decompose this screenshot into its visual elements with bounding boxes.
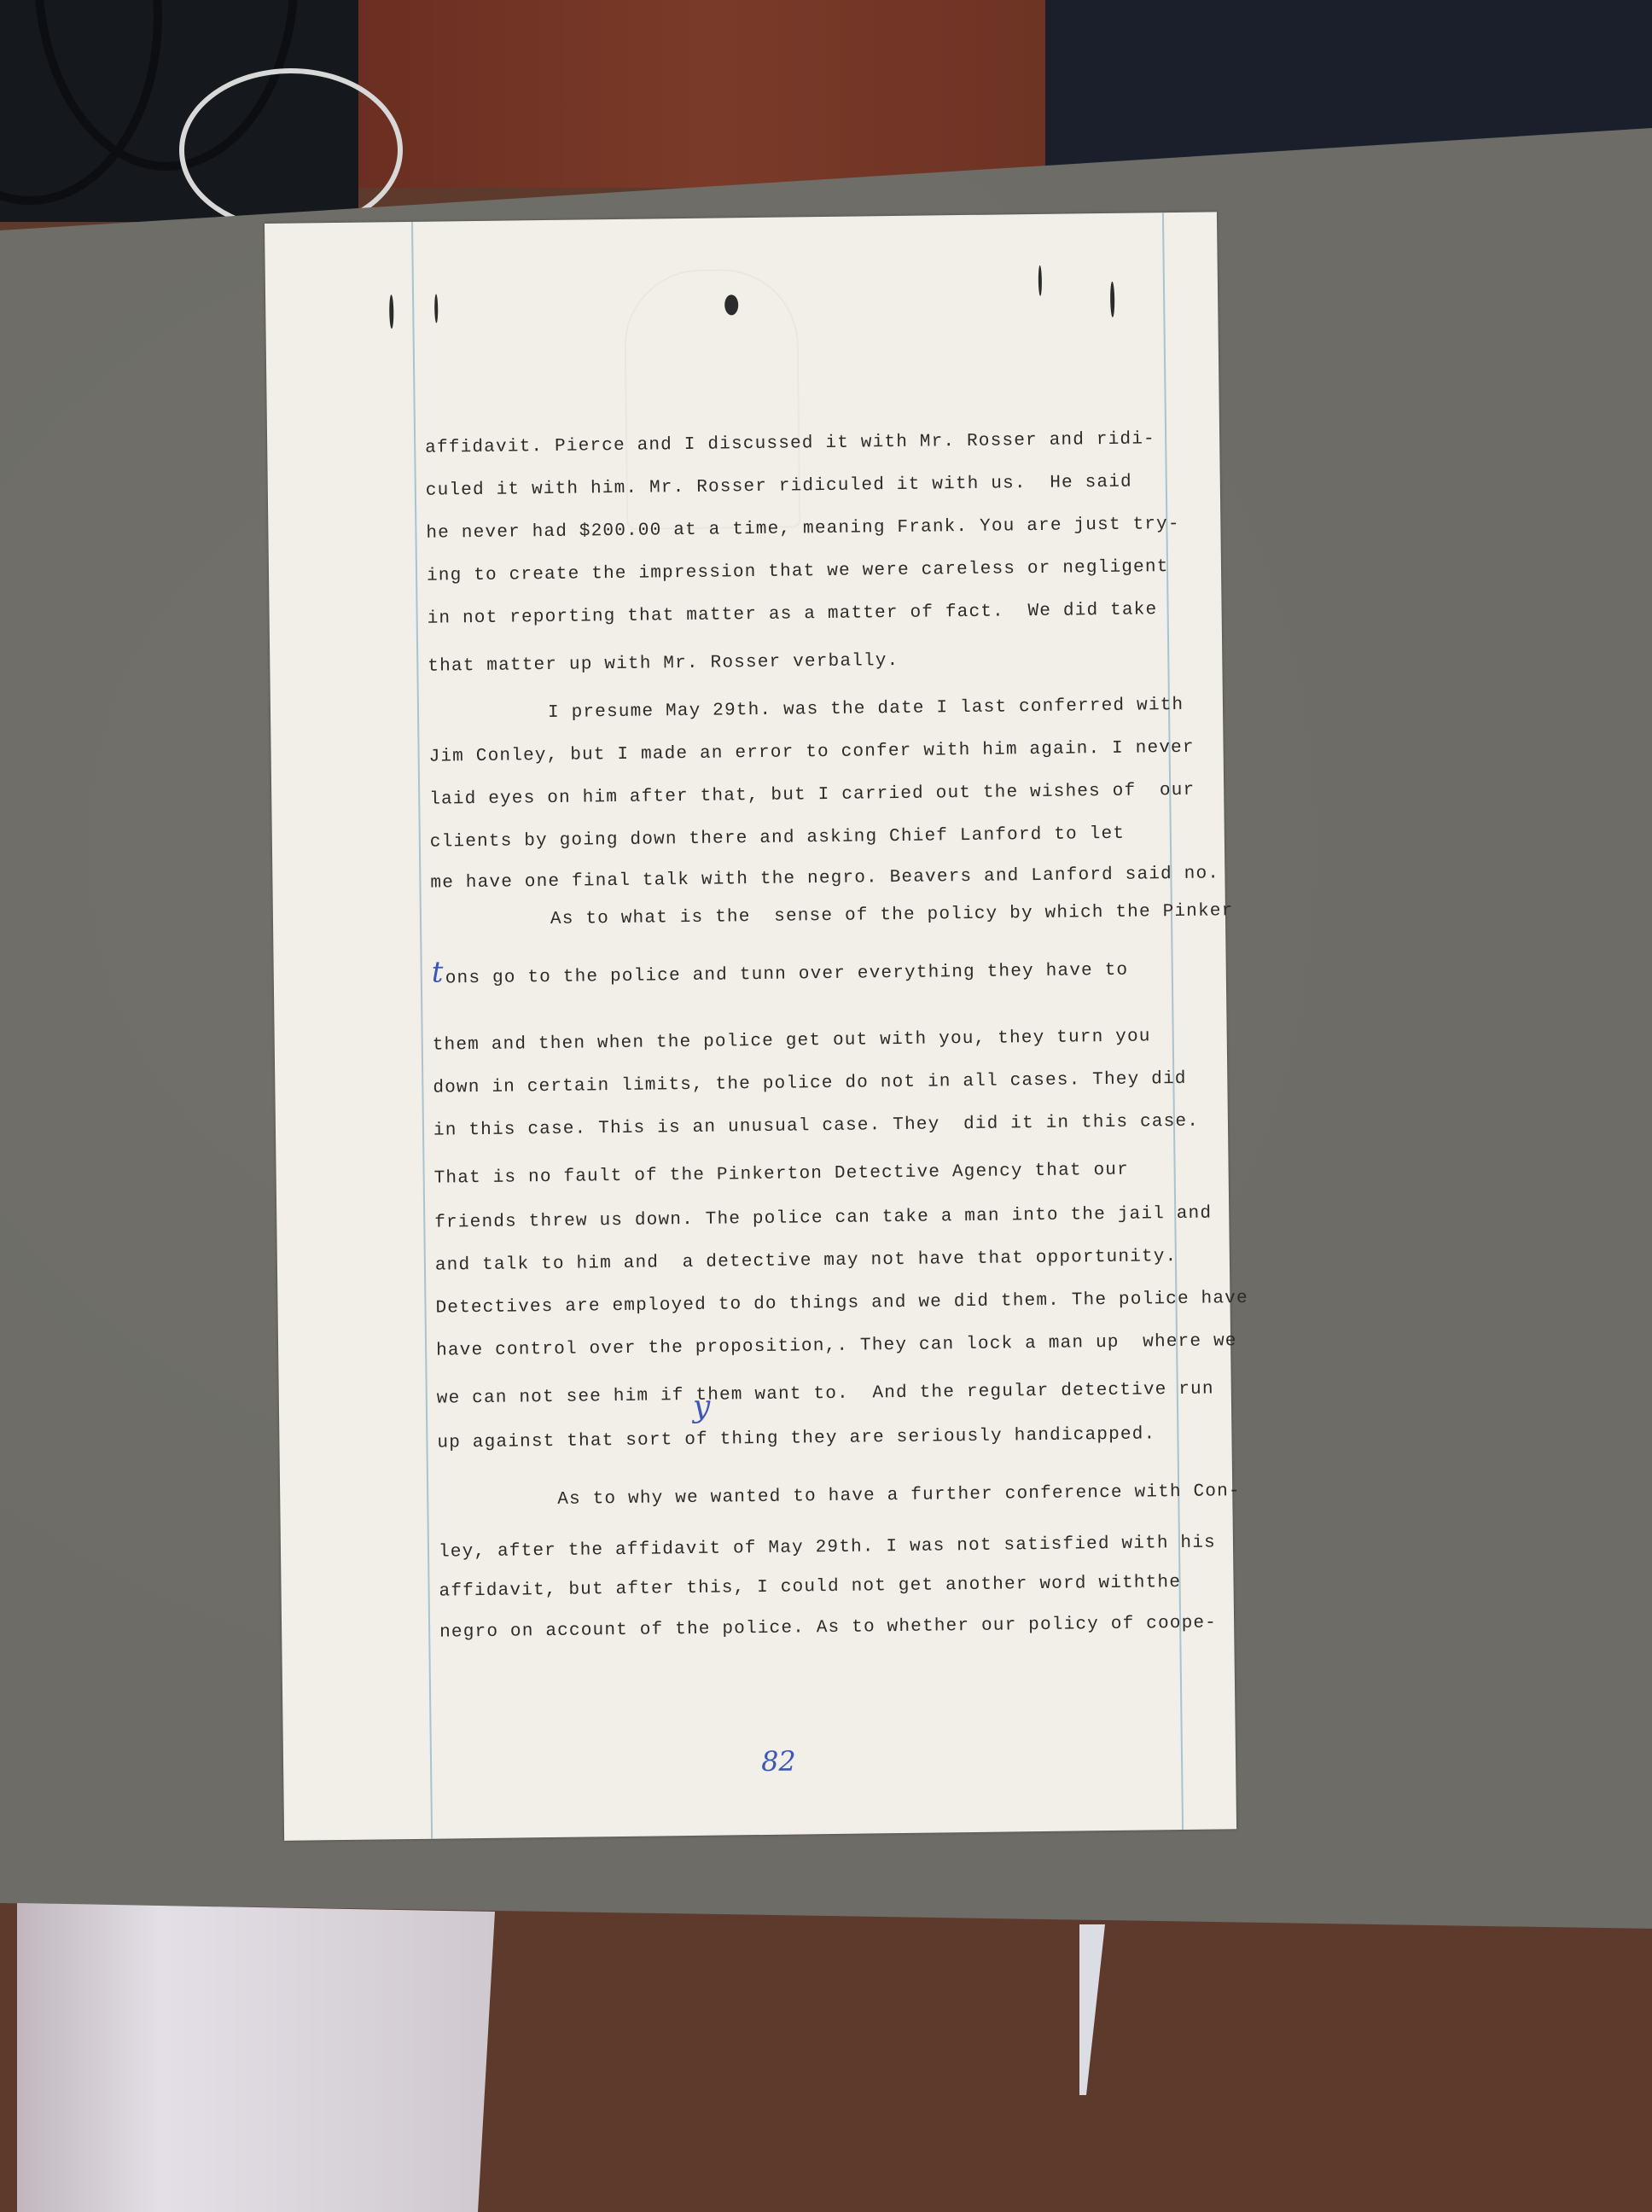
text-line: That is no fault of the Pinkerton Detect… (434, 1161, 1130, 1189)
text-line: ons go to the police and tunn over every… (445, 961, 1129, 989)
text-line: As to why we wanted to have a further co… (438, 1481, 1241, 1511)
handwritten-correction: t (431, 956, 443, 990)
text-line: ley, after the affidavit of May 29th. I … (439, 1533, 1216, 1562)
text-line: laid eyes on him after that, but I carri… (429, 781, 1195, 810)
staple-hole-icon (1110, 282, 1115, 317)
page-number: 82 (761, 1745, 796, 1778)
text-line: in this case. This is an unusual case. T… (433, 1112, 1199, 1141)
text-line: I presume May 29th. was the date I last … (428, 696, 1184, 725)
text-line: me have one final talk with the negro. B… (430, 864, 1219, 893)
light-reflection (1079, 1924, 1105, 2095)
text-line: negro on account of the police. As to wh… (439, 1613, 1217, 1642)
text-line: in not reporting that matter as a matter… (428, 600, 1158, 628)
text-line: and talk to him and a detective may not … (435, 1247, 1178, 1276)
punch-hole-icon (724, 294, 738, 315)
text-line: affidavit, but after this, I could not g… (439, 1573, 1181, 1602)
text-line: that matter up with Mr. Rosser verbally. (428, 651, 899, 677)
text-line: Detectives are employed to do things and… (435, 1289, 1248, 1318)
text-line: up against that sort of thing they are s… (437, 1424, 1155, 1452)
text-line: them and then when the police get out wi… (433, 1027, 1151, 1055)
text-line: down in certain limits, the police do no… (433, 1069, 1187, 1098)
light-reflection (17, 1903, 495, 2212)
text-line: Jim Conley, but I made an error to confe… (429, 738, 1195, 767)
text-line: ing to create the impression that we wer… (427, 557, 1169, 586)
margin-line-left (411, 222, 433, 1839)
text-line: we can not see him if them want to. And … (437, 1380, 1214, 1409)
handwritten-correction: y (693, 1389, 711, 1424)
wood-panel (358, 0, 1058, 188)
text-line: clients by going down there and asking C… (430, 824, 1126, 853)
text-line: have control over the proposition,. They… (436, 1331, 1237, 1360)
text-line: As to what is the sense of the policy by… (431, 901, 1234, 930)
text-line: friends threw us down. The police can ta… (434, 1204, 1212, 1233)
text-line: he never had $200.00 at a time, meaning … (426, 515, 1180, 544)
document-page: affidavit. Pierce and I discussed it wit… (265, 212, 1236, 1840)
staple-hole-icon (434, 294, 438, 323)
staple-hole-icon (389, 294, 393, 329)
staple-hole-icon (1038, 265, 1042, 296)
